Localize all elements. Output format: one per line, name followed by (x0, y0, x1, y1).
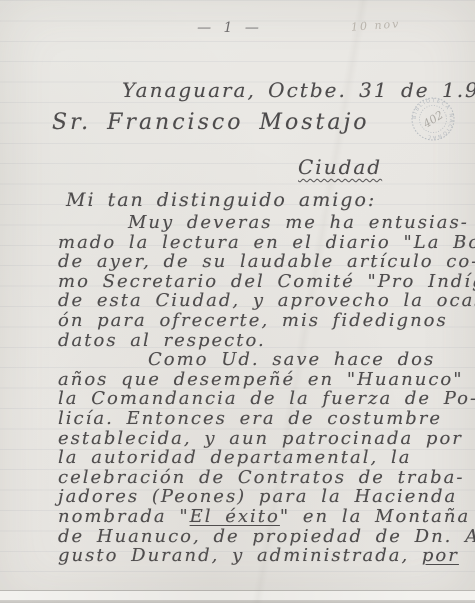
handwriting-line: mo Secretario del Comité "Pro Indígena" (58, 272, 467, 292)
salutation: Mi tan distinguido amigo: (66, 189, 376, 211)
handwriting-line: la Comandancia de la fuerza de Po- (58, 389, 467, 409)
handwriting-line: la autoridad departamental, la (58, 448, 467, 468)
handwriting-line: licía. Entonces era de costumbre (58, 409, 467, 429)
handwriting-line: Muy deveras me ha entusias- (58, 213, 467, 233)
handwriting-line: celebración de Contratos de traba- (58, 468, 467, 488)
handwriting-line: de esta Ciudad, y aprovecho la ocasi- (58, 291, 467, 311)
handwriting-line: de ayer, de su laudable artículo co- (58, 252, 467, 272)
letter-body: Muy deveras me ha entusias-mado la lectu… (58, 213, 467, 566)
paragraph: Como Ud. save hace dosaños que desempeñé… (58, 350, 467, 566)
recipient-line: Sr. Francisco Mostajo (52, 110, 370, 135)
scan-bottom-edge (0, 590, 475, 603)
handwriting-line: nombrada "El éxito" en la Montaña (58, 507, 467, 527)
handwriting-line: ón para ofrecerte, mis fidedignos (58, 311, 467, 331)
letter-page: — 1 — 10 nov BIBLIOTECA NACIONAL 402 Yan… (0, 0, 475, 603)
handwriting-line: mado la lectura en el diario "La Bolsa" (58, 233, 467, 253)
handwriting-line: años que desempeñé en "Huanuco" (58, 370, 467, 390)
paragraph: Muy deveras me ha entusias-mado la lectu… (58, 213, 467, 350)
handwriting-line: Como Ud. save hace dos (58, 350, 467, 370)
stamp-center-text: 402 (420, 108, 446, 131)
pencil-note: 10 nov (351, 17, 401, 33)
handwriting-line: establecida, y aun patrocinada por (58, 429, 467, 449)
handwriting-line: de Huanuco, de propiedad de Dn. Au- (58, 527, 467, 547)
handwriting-line: datos al respecto. (58, 331, 467, 351)
dateline: Yanaguara, Octbe. 31 de 1.912 (122, 78, 475, 102)
handwriting-line: gusto Durand, y administrada, por (58, 546, 467, 566)
handwriting-line: jadores (Peones) para la Hacienda (58, 487, 467, 507)
city-line: Ciudad (298, 155, 382, 179)
page-number: — 1 — (160, 20, 300, 36)
